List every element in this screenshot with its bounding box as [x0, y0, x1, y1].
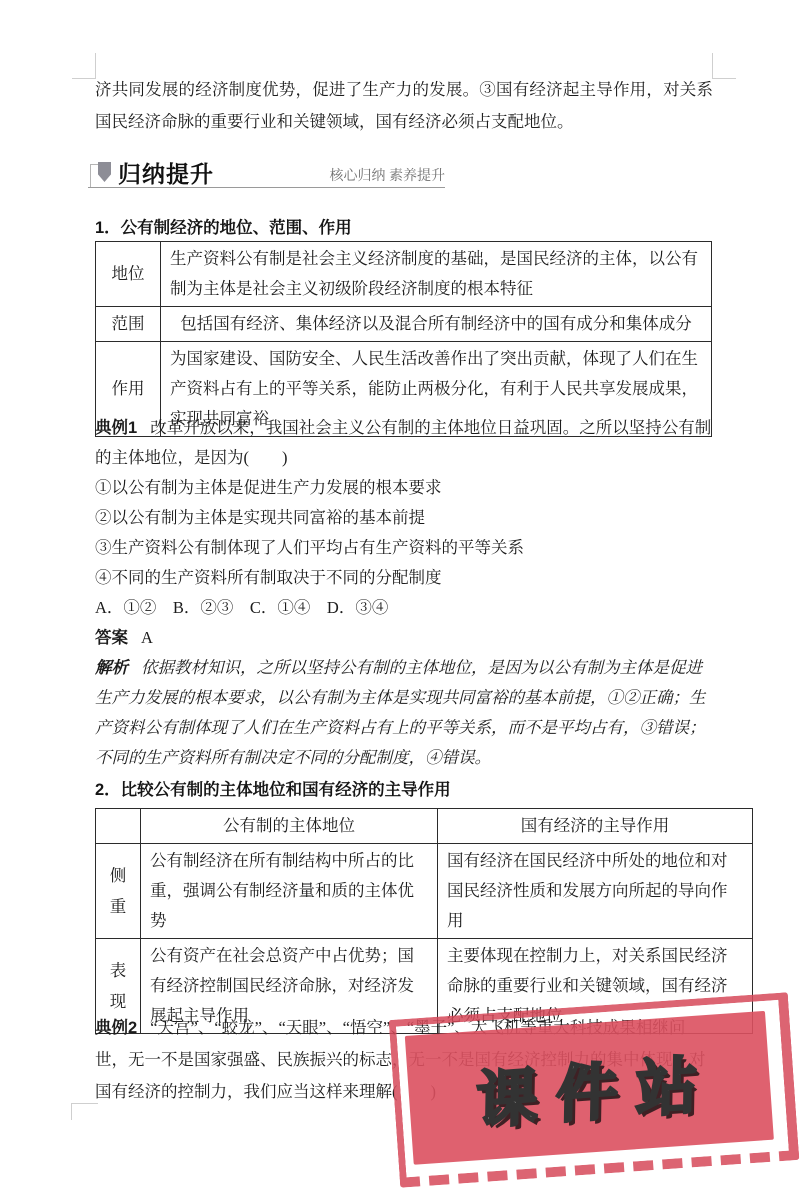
example1-question-line: 典例1改革开放以来，我国社会主义公有制的主体地位日益巩固。之所以坚持公有制的主体…: [95, 413, 715, 473]
table-cell: 包括国有经济、集体经济以及混合所有制经济中的国有成分和集体成分: [161, 307, 712, 342]
header-bracket-line: [90, 164, 99, 188]
text-boundary-mark-bottom-left: [71, 1103, 98, 1120]
compare-table: 公有制的主体地位 国有经济的主导作用 侧重 公有制经济在所有制结构中所占的比重，…: [95, 808, 753, 1034]
analysis-text: 依据教材知识，之所以坚持公有制的主体地位，是因为以公有制为主体是促进生产力发展的…: [95, 658, 706, 767]
section-header-title: 归纳提升: [118, 156, 214, 189]
table-row-label: 侧重: [96, 844, 141, 939]
option-item-3: ③生产资料公有制体现了人们平均占有生产资料的平等关系: [95, 533, 715, 563]
shield-icon: [98, 162, 111, 182]
section-header-subtitle: 核心归纳 素养提升: [330, 165, 446, 185]
example1-question: 改革开放以来，我国社会主义公有制的主体地位日益巩固。之所以坚持公有制的主体地位，…: [95, 418, 711, 467]
table-row: 侧重 公有制经济在所有制结构中所占的比重，强调公有制经济量和质的主体优势 国有经…: [96, 844, 753, 939]
table-row: 地位 生产资料公有制是社会主义经济制度的基础，是国民经济的主体，以公有制为主体是…: [96, 242, 712, 307]
example1-block: 典例1改革开放以来，我国社会主义公有制的主体地位日益巩固。之所以坚持公有制的主体…: [95, 413, 715, 773]
document-page: 济共同发展的经济制度优势，促进了生产力的发展。③国有经济起主导作用，对关系国民经…: [0, 0, 800, 1200]
compare-col-header-2: 国有经济的主导作用: [438, 809, 753, 844]
table-header-row: 公有制的主体地位 国有经济的主导作用: [96, 809, 753, 844]
header-underline: [88, 187, 445, 188]
table-row-label: 地位: [96, 242, 161, 307]
option-item-1: ①以公有制为主体是促进生产力发展的根本要求: [95, 473, 715, 503]
answer-label: 答案: [95, 629, 128, 647]
compare-header-empty: [96, 809, 141, 844]
example1-label: 典例1: [95, 419, 137, 437]
option-item-4: ④不同的生产资料所有制取决于不同的分配制度: [95, 563, 715, 593]
text-boundary-mark-top-right: [712, 53, 736, 79]
example2-label: 典例2: [95, 1019, 137, 1037]
table-cell: 国有经济在国民经济中所处的地位和对国民经济性质和发展方向所起的导向作用: [438, 844, 753, 939]
table-cell: 生产资料公有制是社会主义经济制度的基础，是国民经济的主体，以公有制为主体是社会主…: [161, 242, 712, 307]
options-line: A．①② B．②③ C．①④ D．③④: [95, 593, 715, 623]
answer-value: A: [141, 628, 153, 647]
table-row-label: 范围: [96, 307, 161, 342]
answer-line: 答案A: [95, 623, 715, 653]
heading-ownership: 1．公有制经济的地位、范围、作用: [95, 214, 352, 238]
analysis-line: 解析依据教材知识，之所以坚持公有制的主体地位，是因为以公有制为主体是促进生产力发…: [95, 653, 715, 773]
example2-text: “天宫”、“蛟龙”、“天眼”、“悟空”、“墨子”、大飞机等重大科技成果相继问世，…: [95, 1018, 706, 1101]
table-row: 范围 包括国有经济、集体经济以及混合所有制经济中的国有成分和集体成分: [96, 307, 712, 342]
intro-paragraph: 济共同发展的经济制度优势，促进了生产力的发展。③国有经济起主导作用，对关系国民经…: [95, 74, 713, 138]
ownership-table: 地位 生产资料公有制是社会主义经济制度的基础，是国民经济的主体，以公有制为主体是…: [95, 241, 712, 437]
analysis-label: 解析: [95, 659, 128, 677]
section-header: 归纳提升 核心归纳 素养提升: [88, 156, 445, 188]
compare-col-header-1: 公有制的主体地位: [141, 809, 438, 844]
table-cell: 公有制经济在所有制结构中所占的比重，强调公有制经济量和质的主体优势: [141, 844, 438, 939]
text-boundary-mark-top-left: [72, 53, 96, 79]
option-item-2: ②以公有制为主体是实现共同富裕的基本前提: [95, 503, 715, 533]
example2-line: 典例2“天宫”、“蛟龙”、“天眼”、“悟空”、“墨子”、大飞机等重大科技成果相继…: [95, 1012, 715, 1108]
heading-compare: 2．比较公有制的主体地位和国有经济的主导作用: [95, 776, 451, 800]
example2-block: 典例2“天宫”、“蛟龙”、“天眼”、“悟空”、“墨子”、大飞机等重大科技成果相继…: [95, 1012, 715, 1108]
